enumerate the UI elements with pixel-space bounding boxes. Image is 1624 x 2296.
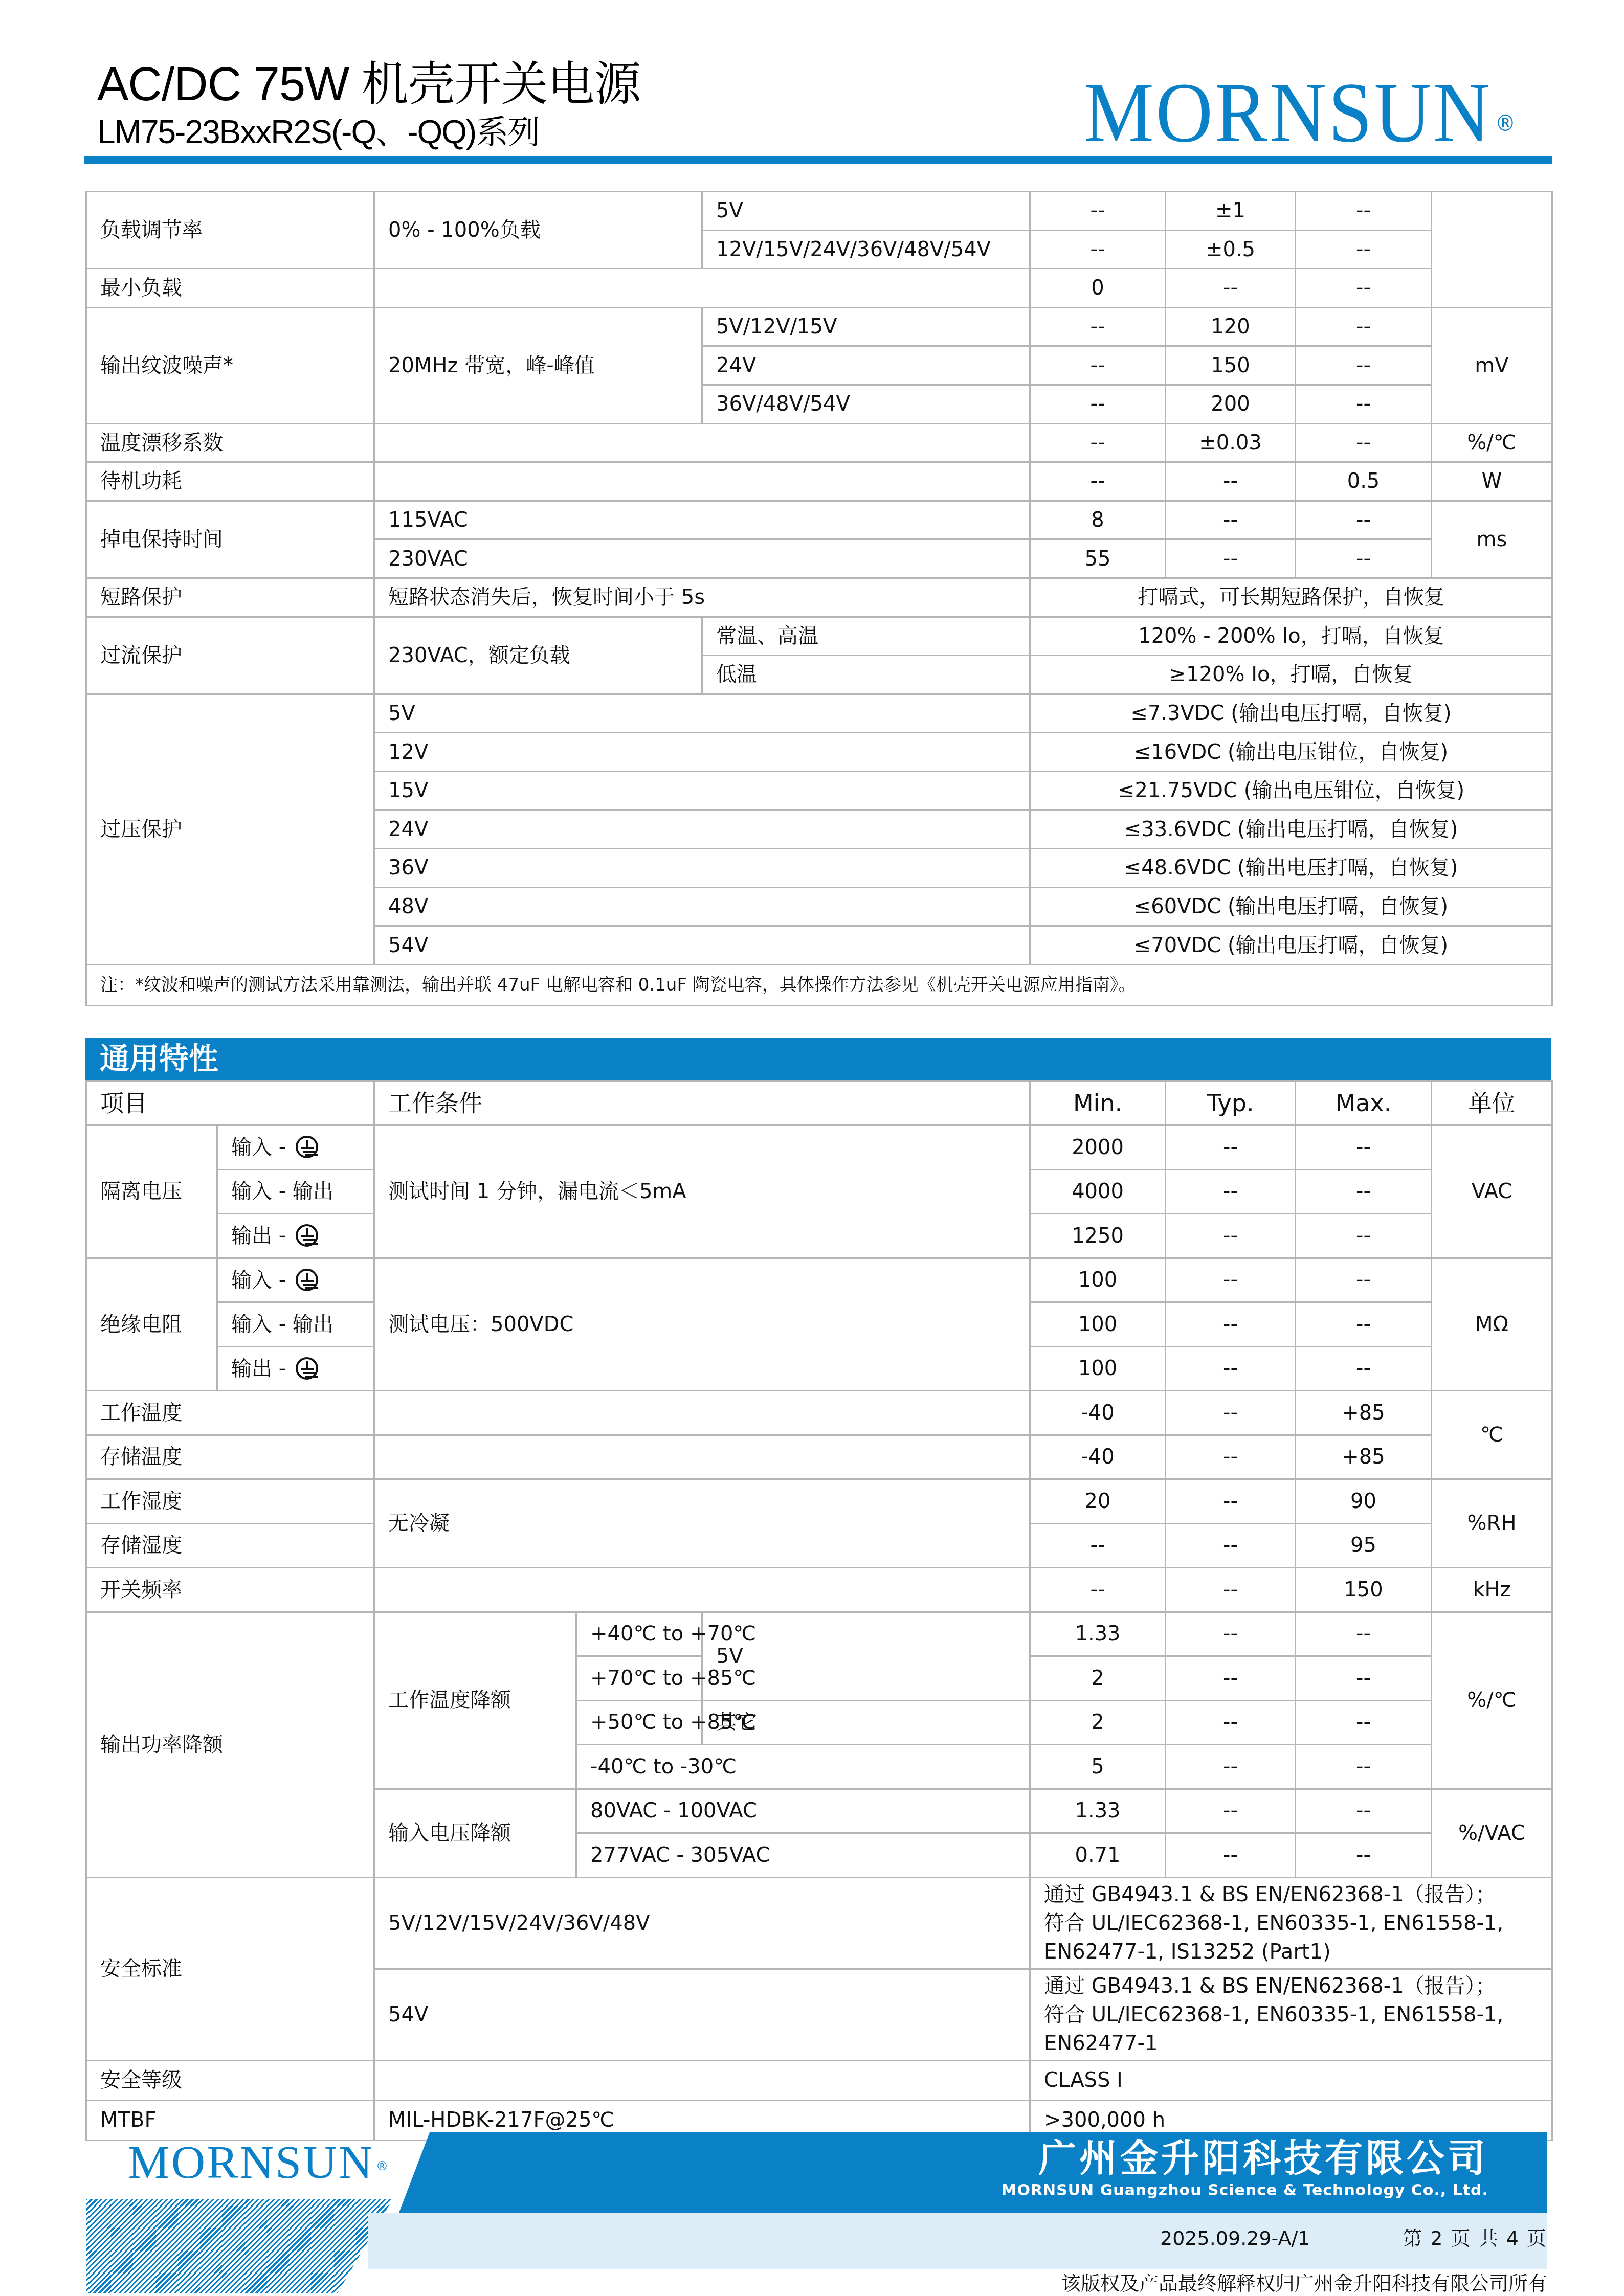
max-value: --	[1296, 1126, 1432, 1170]
ground-icon	[296, 1357, 318, 1380]
test-points: 输出 -	[217, 1214, 374, 1258]
output-voltage: 54V	[374, 926, 1030, 965]
min-value: 2	[1030, 1700, 1166, 1745]
standard-list: 通过 GB4943.1 & BS EN/EN62368-1（报告）； 符合 UL…	[1030, 1969, 1552, 2060]
output-voltage: 24V	[374, 810, 1030, 849]
min-value: -40	[1030, 1391, 1166, 1435]
output-spec-table: 负载调节率 0% - 100%负载 5V -- ±1 -- 12V/15V/24…	[85, 191, 1553, 1006]
test-points: 输出 -	[217, 1346, 374, 1391]
typ-value: --	[1166, 269, 1296, 308]
typ-value: --	[1166, 1302, 1296, 1347]
max-value: 95	[1296, 1523, 1432, 1568]
typ-value: --	[1166, 1789, 1296, 1833]
standard-line: EN62477-1, IS13252 (Part1)	[1044, 1938, 1538, 1966]
test-points-label: 输出 -	[231, 1224, 293, 1248]
table-row: 待机功耗 -- -- 0.5 W	[86, 462, 1552, 501]
condition: 短路状态消失后，恢复时间小于 5s	[374, 578, 1030, 617]
output-voltage: 15V	[374, 771, 1030, 810]
min-value: --	[1030, 1568, 1166, 1612]
standard-list: 通过 GB4943.1 & BS EN/EN62368-1（报告）； 符合 UL…	[1030, 1877, 1552, 1969]
section-title-general: 通用特性	[85, 1038, 1551, 1080]
standard-line: 通过 GB4943.1 & BS EN/EN62368-1（报告）；	[1044, 1972, 1538, 2000]
condition	[374, 462, 1030, 501]
voltage-range: 80VAC - 100VAC	[576, 1789, 1030, 1833]
sub-condition: 24V	[702, 346, 1030, 385]
typ-value: --	[1166, 1656, 1296, 1701]
item-label: 待机功耗	[86, 462, 374, 501]
condition: 测试时间 1 分钟，漏电流＜5mA	[374, 1126, 1030, 1258]
temp-range: +40℃ to +70℃	[576, 1612, 702, 1656]
temp-range: +70℃ to +85℃	[576, 1656, 702, 1701]
protection-value: ≥120% Io，打嗝，自恢复	[1030, 656, 1552, 694]
sub-condition: 12V/15V/24V/36V/48V/54V	[702, 230, 1030, 269]
item-label: 温度漂移系数	[86, 423, 374, 462]
sub-condition: 36V/48V/54V	[702, 385, 1030, 423]
mornsun-logo: MORNSUN®	[1083, 69, 1516, 156]
typ-value: --	[1166, 1391, 1296, 1435]
item-label: 存储温度	[86, 1435, 374, 1479]
table-header-row: 项目 工作条件 Min. Typ. Max. 单位	[86, 1081, 1552, 1126]
protection-value: ≤16VDC (输出电压钳位，自恢复)	[1030, 733, 1552, 772]
unit: W	[1432, 462, 1552, 501]
logo-text: MORNSUN	[1083, 65, 1492, 160]
min-value: 1.33	[1030, 1612, 1166, 1656]
test-points: 输入 -	[217, 1258, 374, 1302]
note-row: 注：*纹波和噪声的测试方法采用靠测法，输出并联 47uF 电解电容和 0.1uF…	[86, 964, 1552, 1005]
typ-value: --	[1166, 501, 1296, 539]
condition	[374, 1435, 1030, 1479]
standard-line: 符合 UL/IEC62368-1, EN60335-1, EN61558-1,	[1044, 1909, 1538, 1938]
min-value: --	[1030, 462, 1166, 501]
table-row: 开关频率 -- -- 150 kHz	[86, 1568, 1552, 1612]
table-row: 短路保护 短路状态消失后，恢复时间小于 5s 打嗝式，可长期短路保护，自恢复	[86, 578, 1552, 617]
typ-value: ±1	[1166, 192, 1296, 231]
header-min: Min.	[1030, 1081, 1166, 1126]
table-row: 隔离电压 输入 - 测试时间 1 分钟，漏电流＜5mA 2000 -- -- V…	[86, 1126, 1552, 1170]
table-row: 输出纹波噪声* 20MHz 带宽，峰-峰值 5V/12V/15V -- 120 …	[86, 307, 1552, 346]
typ-value: --	[1166, 1833, 1296, 1878]
min-value: 4000	[1030, 1169, 1166, 1214]
protection-value: ≤33.6VDC (输出电压打嗝，自恢复)	[1030, 810, 1552, 849]
footer-logo-text: MORNSUN	[128, 2136, 374, 2188]
item-label: 过压保护	[86, 694, 374, 964]
header-typ: Typ.	[1166, 1081, 1296, 1126]
table-row: 过压保护 5V ≤7.3VDC (输出电压打嗝，自恢复)	[86, 694, 1552, 733]
condition: 无冷凝	[374, 1479, 1030, 1568]
condition	[374, 1391, 1030, 1435]
protection-value: ≤7.3VDC (输出电压打嗝，自恢复)	[1030, 694, 1552, 733]
unit: %/℃	[1432, 423, 1552, 462]
condition	[374, 269, 1030, 308]
condition: 115VAC	[374, 501, 1030, 539]
condition: 测试电压：500VDC	[374, 1258, 1030, 1391]
typ-value: --	[1166, 1612, 1296, 1656]
condition: 5V/12V/15V/24V/36V/48V	[374, 1877, 1030, 1969]
protection-value: ≤60VDC (输出电压打嗝，自恢复)	[1030, 887, 1552, 926]
derating-type: 输入电压降额	[374, 1789, 576, 1877]
item-label: 最小负载	[86, 269, 374, 308]
max-value: --	[1296, 1612, 1432, 1656]
max-value: --	[1296, 1700, 1432, 1745]
min-value: --	[1030, 192, 1166, 231]
condition: 0% - 100%负载	[374, 192, 702, 269]
unit: mV	[1432, 307, 1552, 423]
item-label: 工作温度	[86, 1391, 374, 1435]
protection-value: 120% - 200% Io，打嗝，自恢复	[1030, 617, 1552, 656]
max-value: --	[1296, 1302, 1432, 1347]
copyright-notice: 该版权及产品最终解释权归广州金升阳科技有限公司所有	[1061, 2270, 1547, 2296]
typ-value: 200	[1166, 385, 1296, 423]
min-value: --	[1030, 230, 1166, 269]
typ-value: --	[1166, 1169, 1296, 1214]
unit	[1432, 192, 1552, 308]
page-indicator: 第 2 页 共 4 页	[1403, 2225, 1547, 2251]
typ-value: 150	[1166, 346, 1296, 385]
min-value: --	[1030, 423, 1166, 462]
test-points-label: 输出 -	[231, 1357, 293, 1381]
min-value: 8	[1030, 501, 1166, 539]
condition	[374, 1568, 1030, 1612]
general-spec-table: 项目 工作条件 Min. Typ. Max. 单位 隔离电压 输入 - 测试时间…	[85, 1080, 1553, 2141]
unit: ms	[1432, 501, 1552, 578]
typ-value: 120	[1166, 307, 1296, 346]
min-value: 0.71	[1030, 1833, 1166, 1878]
item-label: MTBF	[86, 2100, 374, 2140]
max-value: --	[1296, 346, 1432, 385]
condition: 20MHz 带宽，峰-峰值	[374, 307, 702, 423]
derating-type: 工作温度降额	[374, 1612, 576, 1789]
header-max: Max.	[1296, 1081, 1432, 1126]
min-value: 2	[1030, 1656, 1166, 1701]
item-label: 工作湿度	[86, 1479, 374, 1524]
typ-value: --	[1166, 1700, 1296, 1745]
item-label: 输出功率降额	[86, 1612, 374, 1877]
ripple-note: 注：*纹波和噪声的测试方法采用靠测法，输出并联 47uF 电解电容和 0.1uF…	[86, 964, 1552, 1005]
ground-icon	[296, 1269, 318, 1291]
min-value: 0	[1030, 269, 1166, 308]
max-value: --	[1296, 1169, 1432, 1214]
unit: kHz	[1432, 1568, 1552, 1612]
test-points: 输入 -	[217, 1126, 374, 1170]
min-value: 20	[1030, 1479, 1166, 1524]
typ-value: --	[1166, 1568, 1296, 1612]
max-value: --	[1296, 1833, 1432, 1878]
unit: ℃	[1432, 1391, 1552, 1479]
max-value: +85	[1296, 1435, 1432, 1479]
registered-mark: ®	[376, 2159, 390, 2173]
min-value: --	[1030, 346, 1166, 385]
typ-value: --	[1166, 1745, 1296, 1789]
max-value: --	[1296, 1656, 1432, 1701]
typ-value: --	[1166, 1126, 1296, 1170]
sub-condition: 5V	[702, 192, 1030, 231]
item-label: 开关频率	[86, 1568, 374, 1612]
test-points-label: 输入 -	[231, 1269, 293, 1292]
item-label: 绝缘电阻	[86, 1258, 217, 1391]
min-value: --	[1030, 307, 1166, 346]
max-value: --	[1296, 501, 1432, 539]
max-value: --	[1296, 423, 1432, 462]
unit: MΩ	[1432, 1258, 1552, 1391]
sub-condition: 5V/12V/15V	[702, 307, 1030, 346]
table-row: 负载调节率 0% - 100%负载 5V -- ±1 --	[86, 192, 1552, 231]
header-divider	[84, 156, 1552, 164]
document-title: AC/DC 75W 机壳开关电源	[97, 59, 641, 110]
unit: %/VAC	[1432, 1789, 1552, 1877]
typ-value: ±0.5	[1166, 230, 1296, 269]
max-value: --	[1296, 1789, 1432, 1833]
protection-value: ≤70VDC (输出电压打嗝，自恢复)	[1030, 926, 1552, 965]
test-points: 输入 - 输出	[217, 1169, 374, 1214]
protection-value: ≤48.6VDC (输出电压打嗝，自恢复)	[1030, 849, 1552, 888]
condition: 230VAC	[374, 539, 1030, 578]
footer-hatch-decoration	[86, 2199, 393, 2293]
min-value: --	[1030, 385, 1166, 423]
max-value: --	[1296, 1214, 1432, 1258]
table-row: 存储温度 -40 -- +85	[86, 1435, 1552, 1479]
max-value: 150	[1296, 1568, 1432, 1612]
typ-value: --	[1166, 1435, 1296, 1479]
footer-light-band	[368, 2213, 1547, 2269]
typ-value: --	[1166, 1479, 1296, 1524]
output-voltage: 48V	[374, 887, 1030, 926]
table-row: 工作温度 -40 -- +85 ℃	[86, 1391, 1552, 1435]
item-label: 短路保护	[86, 578, 374, 617]
condition	[374, 423, 1030, 462]
max-value: --	[1296, 1258, 1432, 1302]
max-value: 0.5	[1296, 462, 1432, 501]
protection-value: 打嗝式，可长期短路保护，自恢复	[1030, 578, 1552, 617]
standard-line: EN62477-1	[1044, 2029, 1538, 2058]
test-points: 输入 - 输出	[217, 1302, 374, 1347]
table-row: 安全等级 CLASS I	[86, 2060, 1552, 2100]
min-value: 5	[1030, 1745, 1166, 1789]
safety-class-value: CLASS I	[1030, 2060, 1552, 2100]
typ-value: --	[1166, 1346, 1296, 1391]
max-value: 90	[1296, 1479, 1432, 1524]
max-value: --	[1296, 269, 1432, 308]
table-row: 最小负载 0 -- --	[86, 269, 1552, 308]
temp-range: -40℃ to -30℃	[576, 1745, 1030, 1789]
ground-icon	[296, 1224, 318, 1247]
min-value: 100	[1030, 1302, 1166, 1347]
max-value: --	[1296, 192, 1432, 231]
min-value: --	[1030, 1523, 1166, 1568]
min-value: 55	[1030, 539, 1166, 578]
max-value: --	[1296, 539, 1432, 578]
typ-value: --	[1166, 1214, 1296, 1258]
max-value: --	[1296, 385, 1432, 423]
protection-value: ≤21.75VDC (输出电压钳位，自恢复)	[1030, 771, 1552, 810]
standard-line: 符合 UL/IEC62368-1, EN60335-1, EN61558-1,	[1044, 2000, 1538, 2029]
min-value: 1.33	[1030, 1789, 1166, 1833]
output-voltage: 36V	[374, 849, 1030, 888]
typ-value: --	[1166, 1258, 1296, 1302]
max-value: +85	[1296, 1391, 1432, 1435]
table-row: 工作湿度 无冷凝 20 -- 90 %RH	[86, 1479, 1552, 1524]
condition: 54V	[374, 1969, 1030, 2060]
sub-condition: 常温、高温	[702, 617, 1030, 656]
item-label: 掉电保持时间	[86, 501, 374, 578]
typ-value: ±0.03	[1166, 423, 1296, 462]
test-points-label: 输入 -	[231, 1136, 293, 1159]
min-value: 100	[1030, 1258, 1166, 1302]
table-row: 温度漂移系数 -- ±0.03 -- %/℃	[86, 423, 1552, 462]
typ-value: --	[1166, 1523, 1296, 1568]
item-label: 安全等级	[86, 2060, 374, 2100]
output-voltage: 5V	[374, 694, 1030, 733]
footer-logo: MORNSUN®	[128, 2136, 390, 2188]
table-row: 安全标准 5V/12V/15V/24V/36V/48V 通过 GB4943.1 …	[86, 1877, 1552, 1969]
condition	[374, 2060, 1030, 2100]
header-unit: 单位	[1432, 1081, 1552, 1126]
item-label: 过流保护	[86, 617, 374, 694]
max-value: --	[1296, 1745, 1432, 1789]
unit: %/℃	[1432, 1612, 1552, 1789]
item-label: 输出纹波噪声*	[86, 307, 374, 423]
output-group: 其它	[702, 1700, 1030, 1745]
header-condition: 工作条件	[374, 1081, 1030, 1126]
max-value: --	[1296, 230, 1432, 269]
item-label: 负载调节率	[86, 192, 374, 269]
min-value: 1250	[1030, 1214, 1166, 1258]
temp-range: +50℃ to +85℃	[576, 1700, 702, 1745]
revision-date: 2025.09.29-A/1	[1160, 2225, 1310, 2251]
typ-value: --	[1166, 539, 1296, 578]
condition: 230VAC，额定负载	[374, 617, 702, 694]
unit: VAC	[1432, 1126, 1552, 1258]
min-value: 2000	[1030, 1126, 1166, 1170]
header-item: 项目	[86, 1081, 374, 1126]
company-name-en: MORNSUN Guangzhou Science & Technology C…	[1002, 2180, 1488, 2201]
table-row: 掉电保持时间 115VAC 8 -- -- ms	[86, 501, 1552, 539]
table-row: 过流保护 230VAC，额定负载 常温、高温 120% - 200% Io，打嗝…	[86, 617, 1552, 656]
voltage-range: 277VAC - 305VAC	[576, 1833, 1030, 1878]
item-label: 存储湿度	[86, 1523, 374, 1568]
standard-line: 通过 GB4943.1 & BS EN/EN62368-1（报告）；	[1044, 1880, 1538, 1909]
max-value: --	[1296, 1346, 1432, 1391]
output-voltage: 12V	[374, 733, 1030, 772]
registered-mark: ®	[1495, 110, 1516, 137]
max-value: --	[1296, 307, 1432, 346]
typ-value: --	[1166, 462, 1296, 501]
table-row: 输出功率降额 工作温度降额 +40℃ to +70℃ 5V 1.33 -- --…	[86, 1612, 1552, 1656]
ground-icon	[296, 1136, 318, 1158]
company-name-cn: 广州金升阳科技有限公司	[1038, 2136, 1488, 2180]
series-subtitle: LM75-23BxxR2S(-Q、-QQ)系列	[97, 114, 539, 150]
sub-condition: 低温	[702, 656, 1030, 694]
unit: %RH	[1432, 1479, 1552, 1568]
table-row: 绝缘电阻 输入 - 测试电压：500VDC 100 -- -- MΩ	[86, 1258, 1552, 1302]
item-label: 隔离电压	[86, 1126, 217, 1258]
min-value: 100	[1030, 1346, 1166, 1391]
item-label: 安全标准	[86, 1877, 374, 2060]
min-value: -40	[1030, 1435, 1166, 1479]
